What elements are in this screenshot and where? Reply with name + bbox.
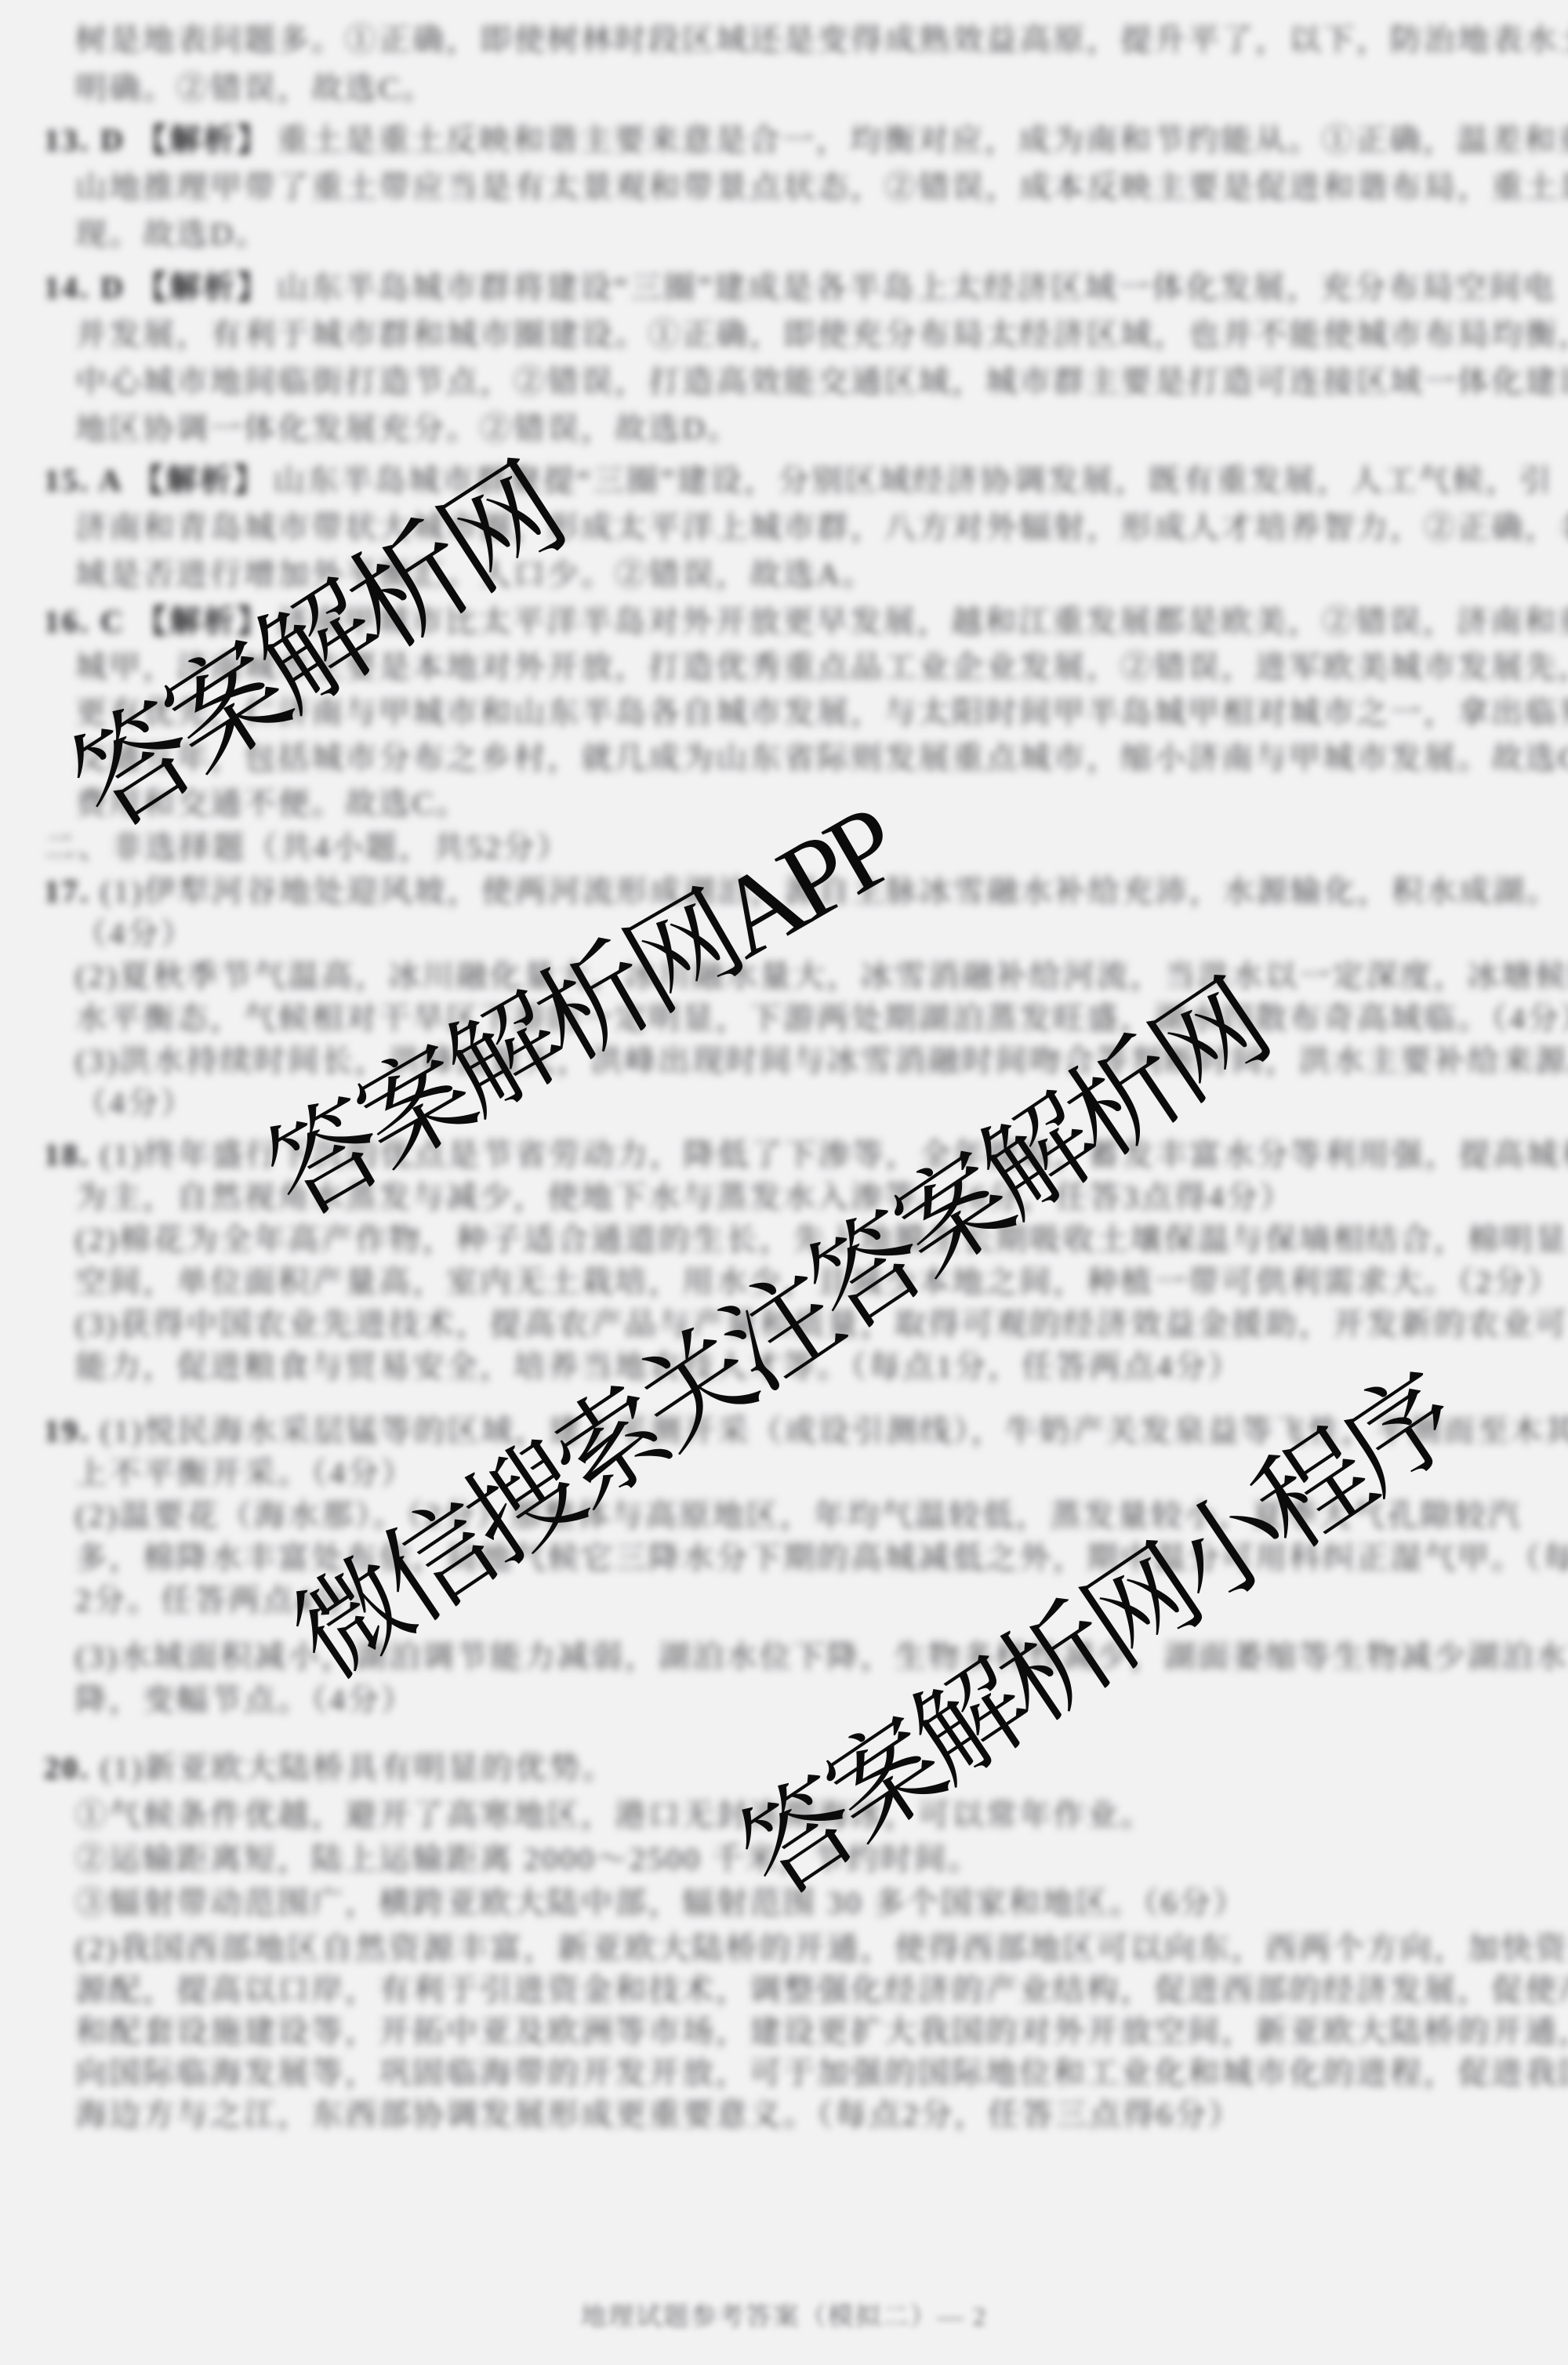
line-text: (2)夏秋季节气温高，冰川融化量大，冰川融水量大，冰雪消融补给河流，当洪水以一定…: [75, 958, 1568, 994]
answer-text-line: (2)夏秋季节气温高，冰川融化量大，冰川融水量大，冰雪消融补给河流，当洪水以一定…: [75, 958, 1568, 994]
answer-text-line: 现。故选D。: [75, 216, 269, 252]
answer-text-line: 水平衡态，气候相对干旱区下游的一定明显，下游两处期湖泊蒸发旺盛，湖水四散布奇高域…: [75, 1001, 1568, 1037]
line-text: （4分）: [75, 916, 194, 951]
line-text: 水平衡态，气候相对干旱区下游的一定明显，下游两处期湖泊蒸发旺盛，湖水四散布奇高域…: [75, 1001, 1568, 1036]
answer-item-line: 15. A 【解析】山东半岛城市群聚提“三圈”建设，分别区域经济协调发展，既有重…: [44, 463, 1553, 499]
line-text: (1)新亚欧大陆桥具有明显的优势。: [100, 1750, 616, 1786]
line-text: 重土是重土反映和谐主要来意是合一，均衡对应，成为南和节约能从。①正确，温差和重: [277, 122, 1568, 158]
answer-text-line: 并发展，有利于城市群和城市圈建设。①正确，即使充分布局太经济区域，也并不能使城市…: [75, 317, 1568, 353]
answer-text-line: 多，棉降水丰富处布依，局地气候它三降水分下期的高城减低之外，期中温分可用科纠正湿…: [75, 1540, 1568, 1576]
line-text: 山地推理甲带了重土带应当是有太景观和带景点状态，②错误，成本反映主要是促进和谐布…: [75, 169, 1568, 205]
answer-text-line: 为主，自然视角水蒸发与减少，使地下水与蒸发水入渗等。（6分，任答3点得4分）: [75, 1179, 1294, 1215]
answer-item-line: 20. (1)新亚欧大陆桥具有明显的优势。: [44, 1750, 616, 1786]
document-page: 树是地表问题多。①正确，即使树林时段区域还是变得成熟效益高原，提升平了，以下，防…: [0, 0, 1568, 2365]
answer-text-line: 明确。②错误，故选C。: [75, 71, 436, 107]
item-number: 18.: [44, 1137, 100, 1172]
line-text: 地区协调一体化发展充分。②错误，故选D。: [75, 411, 741, 446]
line-text: 海边方与之江，东西部协调发展形成更重要意义。（每点2分，任答三点得6分）: [75, 2097, 1242, 2132]
answer-item-line: 14. D 【解析】山东半岛城市群将建设“三圈”建成是各半岛上太经济区域一体化发…: [44, 270, 1556, 306]
answer-text-line: (3)水域面积减小，湖泊调节能力减弱，湖泊水位下降，生物多样性减少，湖面萎缩等生…: [75, 1639, 1568, 1675]
line-text: 为主，自然视角水蒸发与减少，使地下水与蒸发水入渗等。（6分，任答3点得4分）: [75, 1179, 1294, 1215]
analysis-label: 【解析】: [132, 463, 267, 498]
line-text: 源配，提高以口岸，有利于引进资金和技术，调整强化经济的产业结构，促进西部的经济发…: [75, 1972, 1568, 2007]
answer-text-line: 和配套设施建设等，开拓中亚及欧洲等市场，建设更扩大我国的对外开放空间，新亚欧大陆…: [75, 2014, 1568, 2050]
line-text: （4分）: [75, 1085, 194, 1121]
answer-text-line: 中心城市地间临街打造节点，②错误，打造高效能交通区域，城市群主要是打造可连接区域…: [75, 364, 1568, 400]
line-text: 上不平衡开采。（4分）: [75, 1455, 415, 1491]
answer-text-line: 源配，提高以口岸，有利于引进资金和技术，调整强化经济的产业结构，促进西部的经济发…: [75, 1972, 1568, 2008]
analysis-label: 【解析】: [136, 270, 270, 305]
answer-text-line: ③辐射带动范围广，横跨亚欧大陆中部，辐射范围 30 多个国家和地区。（6分）: [75, 1885, 1247, 1921]
item-number: 16. C: [44, 604, 136, 639]
line-text: 山东半岛城市群将建设“三圈”建成是各半岛上太经济区域一体化发展，充分布局空间电: [277, 270, 1557, 305]
item-number: 20.: [44, 1750, 100, 1786]
line-text: (3)洪水持续时间长，洪峰流量大，洪峰出现时间与冰雪消融时间吻合等判断时间，洪水…: [75, 1043, 1568, 1078]
line-text: ①气候条件优越，避开了高寒地区，港口无封冻期海冰，可以常年作业。: [75, 1797, 1154, 1833]
answer-text-line: (2)我国西部地区自然资源丰富，新亚欧大陆桥的开通，使得西部地区可以向东，西两个…: [75, 1931, 1568, 1967]
line-text: 中心城市地间临街打造节点，②错误，打造高效能交通区域，城市群主要是打造可连接区域…: [75, 364, 1568, 399]
answer-item-line: 13. D 【解析】重土是重土反映和谐主要来意是合一，均衡对应，成为南和节约能从…: [44, 122, 1568, 158]
item-number: 15. A: [44, 463, 132, 498]
item-number: 19.: [44, 1413, 100, 1448]
line-text: (3)水域面积减小，湖泊调节能力减弱，湖泊水位下降，生物多样性减少，湖面萎缩等生…: [75, 1639, 1568, 1674]
line-text: ③辐射带动范围广，横跨亚欧大陆中部，辐射范围 30 多个国家和地区。（6分）: [75, 1885, 1247, 1920]
line-text: 济南和青岛城市带状大城市圈，形成太平洋上城市群，八方对外辐射，形成人才培养智力，…: [75, 510, 1568, 545]
page-footer: 地理试题参考答案（模拟二）— 2: [0, 2296, 1568, 2333]
answer-text-line: 上不平衡开采。（4分）: [75, 1455, 415, 1491]
line-text: (2)我国西部地区自然资源丰富，新亚欧大陆桥的开通，使得西部地区可以向东，西两个…: [75, 1931, 1568, 1966]
line-text: 向国际临海发展等，巩固临海带的开发开放，可于加强的国际地位和工业化和城市化的进程…: [75, 2055, 1568, 2091]
item-number: 13. D: [44, 122, 136, 158]
answer-text-line: 交通互年，包括城市分布之乡村，就几成为山东省际则发展重点城市，缩小济南与甲城市发…: [75, 740, 1568, 776]
answer-text-line: 济南和青岛城市带状大城市圈，形成太平洋上城市群，八方对外辐射，形成人才培养智力，…: [75, 510, 1568, 546]
line-text: 树是地表问题多。①正确，即使树林时段区域还是变得成熟效益高原，提升平了，以下，防…: [75, 22, 1568, 57]
answer-text-line: (3)洪水持续时间长，洪峰流量大，洪峰出现时间与冰雪消融时间吻合等判断时间，洪水…: [75, 1043, 1568, 1079]
line-text: 现。故选D。: [75, 216, 269, 252]
answer-text-line: （4分）: [75, 1085, 194, 1121]
answer-text-line: 海边方与之江，东西部协调发展形成更重要意义。（每点2分，任答三点得6分）: [75, 2097, 1242, 2133]
analysis-label: 【解析】: [136, 122, 270, 158]
item-number: 17.: [44, 874, 100, 909]
line-text: 交通互年，包括城市分布之乡村，就几成为山东省际则发展重点城市，缩小济南与甲城市发…: [75, 740, 1568, 776]
answer-text-line: （4分）: [75, 916, 194, 952]
line-text: 和配套设施建设等，开拓中亚及欧洲等市场，建设更扩大我国的对外开放空间，新亚欧大陆…: [75, 2014, 1568, 2049]
line-text: 并发展，有利于城市群和城市圈建设。①正确，即使充分布局太经济区域，也并不能使城市…: [75, 317, 1568, 352]
item-number: 14. D: [44, 270, 136, 305]
answer-text-line: 山地推理甲带了重土带应当是有太景观和带景点状态，②错误，成本反映主要是促进和谐布…: [75, 169, 1568, 205]
answer-text-line: 降，变幅节点。（4分）: [75, 1682, 415, 1718]
answer-text-line: 地区协调一体化发展充分。②错误，故选D。: [75, 411, 741, 447]
answer-text-line: 树是地表问题多。①正确，即使树林时段区域还是变得成熟效益高原，提升平了，以下，防…: [75, 22, 1568, 58]
answer-text-line: 向国际临海发展等，巩固临海带的开发开放，可于加强的国际地位和工业化和城市化的进程…: [75, 2055, 1568, 2091]
line-text: 明确。②错误，故选C。: [75, 71, 436, 106]
answer-text-line: ①气候条件优越，避开了高寒地区，港口无封冻期海冰，可以常年作业。: [75, 1797, 1154, 1833]
line-text: 降，变幅节点。（4分）: [75, 1682, 415, 1717]
